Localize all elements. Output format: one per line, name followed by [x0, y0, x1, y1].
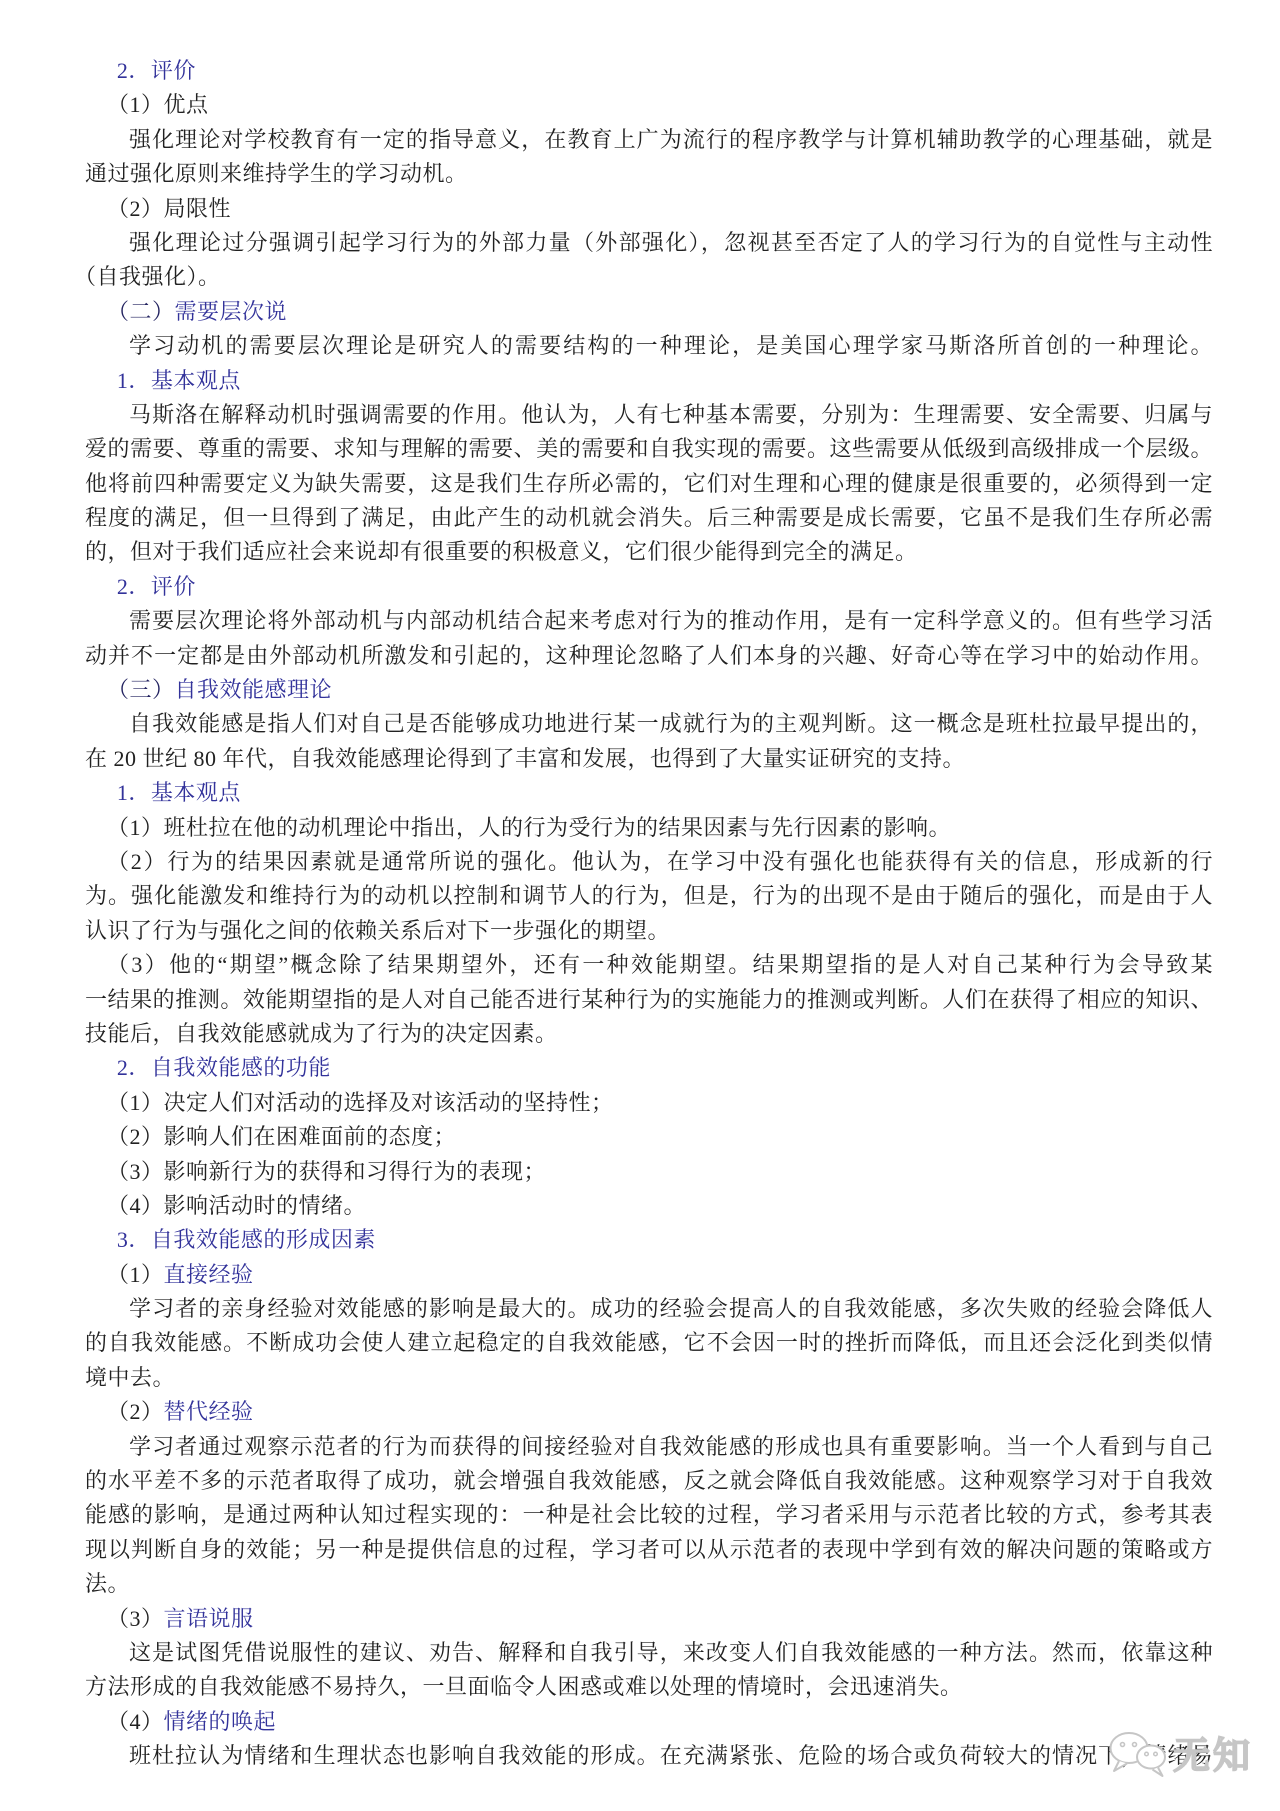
- text-line: 境中去。: [85, 1361, 1213, 1395]
- text-line: （1）班杜拉在他的动机理论中指出，人的行为受行为的结果因素与先行因素的影响。: [85, 811, 1213, 845]
- text-run: 方法形成的自我效能感不易持久，一旦面临令人困惑或难以处理的情境时，会迅速消失。: [85, 1674, 963, 1699]
- text-line: 马斯洛在解释动机时强调需要的作用。他认为，人有七种基本需要，分别为：生理需要、安…: [85, 398, 1213, 432]
- text-line: 的水平差不多的示范者取得了成功，就会增强自我效能感，反之就会降低自我效能感。这种…: [85, 1464, 1213, 1498]
- text-line: 通过强化原则来维持学生的学习动机。: [85, 157, 1213, 191]
- text-run: 这是试图凭借说服性的建议、劝告、解释和自我引导，来改变人们自我效能感的一种方法。…: [129, 1640, 1213, 1665]
- watermark: 无知: [1106, 1729, 1253, 1781]
- text-line: 能感的影响，是通过两种认知过程实现的：一种是社会比较的过程，学习者采用与示范者比…: [85, 1498, 1213, 1532]
- text-run: （3）影响新行为的获得和习得行为的表现；: [107, 1159, 546, 1184]
- text-run: 强化理论对学校教育有一定的指导意义，在教育上广为流行的程序教学与计算机辅助教学的…: [129, 127, 1213, 152]
- text-run: 情绪的唤起: [164, 1709, 277, 1734]
- text-run: （二）: [107, 299, 175, 324]
- section-heading: 3．自我效能感的形成因素: [85, 1223, 1213, 1257]
- section-heading: （二）需要层次说: [85, 295, 1213, 329]
- text-line: （1）决定人们对活动的选择及对该活动的坚持性；: [85, 1086, 1213, 1120]
- text-run: 为。强化能激发和维持行为的动机以控制和调节人的行为，但是，行为的出现不是由于随后…: [85, 883, 1213, 908]
- section-heading: （4）情绪的唤起: [85, 1705, 1213, 1739]
- text-line: （2）行为的结果因素就是通常所说的强化。他认为，在学习中没有强化也能获得有关的信…: [85, 845, 1213, 879]
- text-run: 2．评价: [117, 574, 196, 599]
- text-line: 程度的满足，但一旦得到了满足，由此产生的动机就会消失。后三种需要是成长需要，它虽…: [85, 501, 1213, 535]
- watermark-label: 无知: [1173, 1737, 1253, 1774]
- text-line: 强化理论过分强调引起学习行为的外部力量（外部强化），忽视甚至否定了人的学习行为的…: [85, 226, 1213, 260]
- text-run: 他将前四种需要定义为缺失需要，这是我们生存所必需的，它们对生理和心理的健康是很重…: [85, 471, 1213, 496]
- text-run: （2）: [107, 1399, 164, 1424]
- text-run: 强化理论过分强调引起学习行为的外部力量（外部强化），忽视甚至否定了人的学习行为的…: [129, 230, 1213, 255]
- text-line: 认识了行为与强化之间的依赖关系后对下一步强化的期望。: [85, 914, 1213, 948]
- text-run: （3）: [107, 1606, 164, 1631]
- section-heading: （3）言语说服: [85, 1602, 1213, 1636]
- text-run: 现以判断自身的效能；另一种是提供信息的过程，学习者可以从示范者的表现中学到有效的…: [85, 1537, 1213, 1562]
- text-run: 言语说服: [164, 1606, 254, 1631]
- section-heading: 1．基本观点: [85, 364, 1213, 398]
- text-run: 学习者的亲身经验对效能感的影响是最大的。成功的经验会提高人的自我效能感，多次失败…: [129, 1296, 1213, 1321]
- text-run: 自我效能感理论: [175, 677, 333, 702]
- text-line: 这是试图凭借说服性的建议、劝告、解释和自我引导，来改变人们自我效能感的一种方法。…: [85, 1636, 1213, 1670]
- text-line: 学习者通过观察示范者的行为而获得的间接经验对自我效能感的形成也具有重要影响。当一…: [85, 1430, 1213, 1464]
- text-line: 法。: [85, 1567, 1213, 1601]
- wechat-chat-bubbles-icon: [1106, 1729, 1168, 1781]
- text-run: （2）局限性: [107, 196, 231, 221]
- text-run: 在 20 世纪 80 年代，自我效能感理论得到了丰富和发展，也得到了大量实证研究…: [85, 746, 965, 771]
- text-line: （2）影响人们在困难面前的态度；: [85, 1120, 1213, 1154]
- text-run: 的自我效能感。不断成功会使人建立起稳定的自我效能感，它不会因一时的挫折而降低，而…: [85, 1330, 1213, 1355]
- section-heading: （三）自我效能感理论: [85, 673, 1213, 707]
- text-run: （2）行为的结果因素就是通常所说的强化。他认为，在学习中没有强化也能获得有关的信…: [107, 849, 1213, 874]
- text-line: 的，但对于我们适应社会来说却有很重要的积极意义，它们很少能得到完全的满足。: [85, 535, 1213, 569]
- text-line: （3）影响新行为的获得和习得行为的表现；: [85, 1155, 1213, 1189]
- text-run: 一结果的推测。效能期望指的是人对自己能否进行某种行为的实施能力的推测或判断。人们…: [85, 987, 1213, 1012]
- text-line: 爱的需要、尊重的需要、求知与理解的需要、美的需要和自我实现的需要。这些需要从低级…: [85, 432, 1213, 466]
- text-line: （4）影响活动时的情绪。: [85, 1189, 1213, 1223]
- text-line: （1）优点: [85, 88, 1213, 122]
- text-run: （三）: [107, 677, 175, 702]
- section-heading: （2）替代经验: [85, 1395, 1213, 1429]
- document-text-block: 2．评价（1）优点强化理论对学校教育有一定的指导意义，在教育上广为流行的程序教学…: [85, 54, 1213, 1774]
- text-run: （2）影响人们在困难面前的态度；: [107, 1124, 456, 1149]
- text-line: 班杜拉认为情绪和生理状态也影响自我效能的形成。在充满紧张、危险的场合或负荷较大的…: [85, 1739, 1213, 1773]
- text-line: 一结果的推测。效能期望指的是人对自己能否进行某种行为的实施能力的推测或判断。人们…: [85, 983, 1213, 1017]
- text-run: 学习动机的需要层次理论是研究人的需要结构的一种理论，是美国心理学家马斯洛所首创的…: [129, 333, 1213, 358]
- text-run: 程度的满足，但一旦得到了满足，由此产生的动机就会消失。后三种需要是成长需要，它虽…: [85, 505, 1213, 530]
- text-run: 的水平差不多的示范者取得了成功，就会增强自我效能感，反之就会降低自我效能感。这种…: [85, 1468, 1213, 1493]
- text-run: 直接经验: [164, 1262, 254, 1287]
- text-run: （1）: [107, 1262, 164, 1287]
- text-line: 他将前四种需要定义为缺失需要，这是我们生存所必需的，它们对生理和心理的健康是很重…: [85, 467, 1213, 501]
- text-run: 认识了行为与强化之间的依赖关系后对下一步强化的期望。: [85, 918, 670, 943]
- text-line: 动并不一定都是由外部动机所激发和引起的，这种理论忽略了人们本身的兴趣、好奇心等在…: [85, 639, 1213, 673]
- text-run: 2．评价: [117, 58, 196, 83]
- text-line: 现以判断自身的效能；另一种是提供信息的过程，学习者可以从示范者的表现中学到有效的…: [85, 1533, 1213, 1567]
- text-line: 技能后，自我效能感就成为了行为的决定因素。: [85, 1017, 1213, 1051]
- text-line: 学习者的亲身经验对效能感的影响是最大的。成功的经验会提高人的自我效能感，多次失败…: [85, 1292, 1213, 1326]
- text-line: （3）他的“期望”概念除了结果期望外，还有一种效能期望。结果期望指的是人对自己某…: [85, 948, 1213, 982]
- text-line: 学习动机的需要层次理论是研究人的需要结构的一种理论，是美国心理学家马斯洛所首创的…: [85, 329, 1213, 363]
- text-run: 爱的需要、尊重的需要、求知与理解的需要、美的需要和自我实现的需要。这些需要从低级…: [85, 436, 1213, 461]
- section-heading: 2．自我效能感的功能: [85, 1051, 1213, 1085]
- text-line: 为。强化能激发和维持行为的动机以控制和调节人的行为，但是，行为的出现不是由于随后…: [85, 879, 1213, 913]
- section-heading: 1．基本观点: [85, 776, 1213, 810]
- text-run: 马斯洛在解释动机时强调需要的作用。他认为，人有七种基本需要，分别为：生理需要、安…: [129, 402, 1213, 427]
- text-line: 的自我效能感。不断成功会使人建立起稳定的自我效能感，它不会因一时的挫折而降低，而…: [85, 1326, 1213, 1360]
- text-run: （4）影响活动时的情绪。: [107, 1193, 366, 1218]
- text-line: 在 20 世纪 80 年代，自我效能感理论得到了丰富和发展，也得到了大量实证研究…: [85, 742, 1213, 776]
- text-line: 需要层次理论将外部动机与内部动机结合起来考虑对行为的推动作用，是有一定科学意义的…: [85, 604, 1213, 638]
- text-run: 学习者通过观察示范者的行为而获得的间接经验对自我效能感的形成也具有重要影响。当一…: [129, 1434, 1213, 1459]
- text-line: （2）局限性: [85, 192, 1213, 226]
- text-line: 自我效能感是指人们对自己是否能够成功地进行某一成就行为的主观判断。这一概念是班杜…: [85, 707, 1213, 741]
- text-run: （1）决定人们对活动的选择及对该活动的坚持性；: [107, 1090, 614, 1115]
- text-run: 法。: [85, 1571, 130, 1596]
- text-run: （3）他的“期望”概念除了结果期望外，还有一种效能期望。结果期望指的是人对自己某…: [107, 952, 1213, 977]
- text-line: （自我强化）。: [85, 260, 1213, 294]
- text-run: 需要层次理论将外部动机与内部动机结合起来考虑对行为的推动作用，是有一定科学意义的…: [129, 608, 1213, 633]
- text-run: 通过强化原则来维持学生的学习动机。: [85, 161, 468, 186]
- text-run: （1）优点: [107, 92, 209, 117]
- text-run: 动并不一定都是由外部动机所激发和引起的，这种理论忽略了人们本身的兴趣、好奇心等在…: [85, 643, 1213, 668]
- text-run: 境中去。: [85, 1365, 175, 1390]
- text-line: 方法形成的自我效能感不易持久，一旦面临令人困惑或难以处理的情境时，会迅速消失。: [85, 1670, 1213, 1704]
- text-run: 技能后，自我效能感就成为了行为的决定因素。: [85, 1021, 558, 1046]
- text-run: （4）: [107, 1709, 164, 1734]
- text-run: 班杜拉认为情绪和生理状态也影响自我效能的形成。在充满紧张、危险的场合或负荷较大的…: [129, 1743, 1213, 1768]
- text-run: 1．基本观点: [117, 780, 241, 805]
- section-heading: 2．评价: [85, 570, 1213, 604]
- text-line: 强化理论对学校教育有一定的指导意义，在教育上广为流行的程序教学与计算机辅助教学的…: [85, 123, 1213, 157]
- text-run: 替代经验: [164, 1399, 254, 1424]
- text-run: 1．基本观点: [117, 368, 241, 393]
- document-page: 2．评价（1）优点强化理论对学校教育有一定的指导意义，在教育上广为流行的程序教学…: [0, 0, 1280, 1811]
- section-heading: 2．评价: [85, 54, 1213, 88]
- text-run: 需要层次说: [175, 299, 288, 324]
- text-run: 能感的影响，是通过两种认知过程实现的：一种是社会比较的过程，学习者采用与示范者比…: [85, 1502, 1213, 1527]
- text-run: 2．自我效能感的功能: [117, 1055, 331, 1080]
- text-run: 自我效能感是指人们对自己是否能够成功地进行某一成就行为的主观判断。这一概念是班杜…: [129, 711, 1213, 736]
- text-run: 的，但对于我们适应社会来说却有很重要的积极意义，它们很少能得到完全的满足。: [85, 539, 918, 564]
- text-run: 3．自我效能感的形成因素: [117, 1227, 376, 1252]
- section-heading: （1）直接经验: [85, 1258, 1213, 1292]
- text-run: （1）班杜拉在他的动机理论中指出，人的行为受行为的结果因素与先行因素的影响。: [107, 815, 951, 840]
- text-run: （自我强化）。: [74, 264, 221, 289]
